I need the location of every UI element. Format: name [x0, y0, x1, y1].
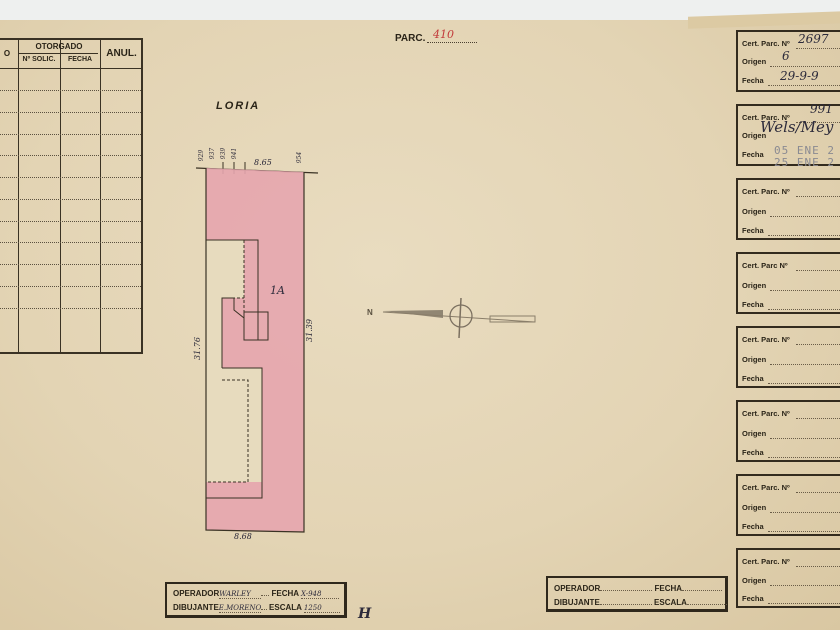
- cert-origin-1: 6: [782, 49, 790, 63]
- operator-value: WARLEY: [219, 590, 261, 599]
- cert-box-2: Cert. Parc. Nº 991 Origen Wels/Mey Fecha…: [736, 104, 840, 166]
- cert-date-1: 29-9-9: [780, 69, 819, 83]
- permits-table: O OTORGADO Nº SOLIC. FECHA ANUL.: [0, 38, 143, 354]
- scale-label-right: ESCALA: [654, 598, 687, 607]
- col-anul: ANUL.: [100, 48, 143, 59]
- cert-box-5: Cert. Parc. Nº Origen Fecha: [736, 326, 840, 388]
- cert-box-1: Cert. Parc. Nº 2697 Origen 6 Fecha 29-9-…: [736, 30, 840, 92]
- cert-number-1: 2697: [798, 32, 829, 46]
- operator-label-right: OPERADOR: [554, 584, 600, 593]
- neighbor-number-3: 939: [220, 148, 227, 159]
- left-side-dimension: 31.76: [193, 337, 202, 360]
- col-nro-solic: Nº SOLIC.: [18, 56, 60, 63]
- svg-text:N: N: [367, 308, 373, 317]
- footer-signature-box-right: OPERADOR FECHA DIBUJANTE ESCALA: [546, 576, 728, 612]
- date-label: FECHA: [271, 589, 298, 598]
- neighbor-number-4: 941: [231, 148, 238, 159]
- frontage-dimension: 8.65: [254, 158, 272, 167]
- col-fecha: FECHA: [60, 56, 100, 63]
- otorgado-header: OTORGADO: [18, 42, 100, 51]
- neighbor-number-2: 937: [209, 148, 216, 159]
- cert-box-7: Cert. Parc. Nº Origen Fecha: [736, 474, 840, 536]
- drafter-label-right: DIBUJANTE: [554, 598, 600, 607]
- date-label-right: FECHA: [654, 584, 682, 593]
- drafter-label: DIBUJANTE: [173, 603, 219, 612]
- right-neighbor-number: 954: [296, 152, 303, 163]
- operator-label: OPERADOR: [173, 589, 219, 598]
- right-side-dimension: 31.39: [305, 319, 314, 342]
- parcel-number: 410: [433, 28, 454, 41]
- cert-box-8: Cert. Parc. Nº Origen Fecha: [736, 548, 840, 608]
- scale-label: ESCALA: [269, 603, 302, 612]
- street-name: LORIA: [216, 100, 260, 112]
- parcel-label: PARC.: [395, 33, 425, 44]
- cert-box-6: Cert. Parc. Nº Origen Fecha: [736, 400, 840, 462]
- north-arrow-icon: N: [365, 290, 545, 340]
- cert-number-2: 991: [810, 102, 833, 116]
- cert-origin-2: Wels/Mey: [760, 118, 833, 136]
- date-stamp-2: 25 ENE 2: [774, 156, 835, 169]
- rear-dimension: 8.68: [234, 532, 252, 541]
- initials: H: [358, 606, 371, 622]
- date-value: X-948: [301, 590, 339, 599]
- drafter-value: E.MORENO: [219, 604, 261, 613]
- footer-signature-box-left: OPERADORWARLEY FECHA X-948 DIBUJANTEE.MO…: [165, 582, 347, 618]
- lot-label: 1A: [270, 284, 285, 297]
- neighbor-number-1: 929: [198, 150, 205, 161]
- cert-box-3: Cert. Parc. Nº Origen Fecha: [736, 178, 840, 240]
- partial-header: O: [0, 49, 14, 58]
- parcel-dotline: [427, 42, 477, 43]
- cert-box-4: Cert. Parc Nº Origen Fecha: [736, 252, 840, 314]
- scale-value: 1250: [304, 604, 340, 613]
